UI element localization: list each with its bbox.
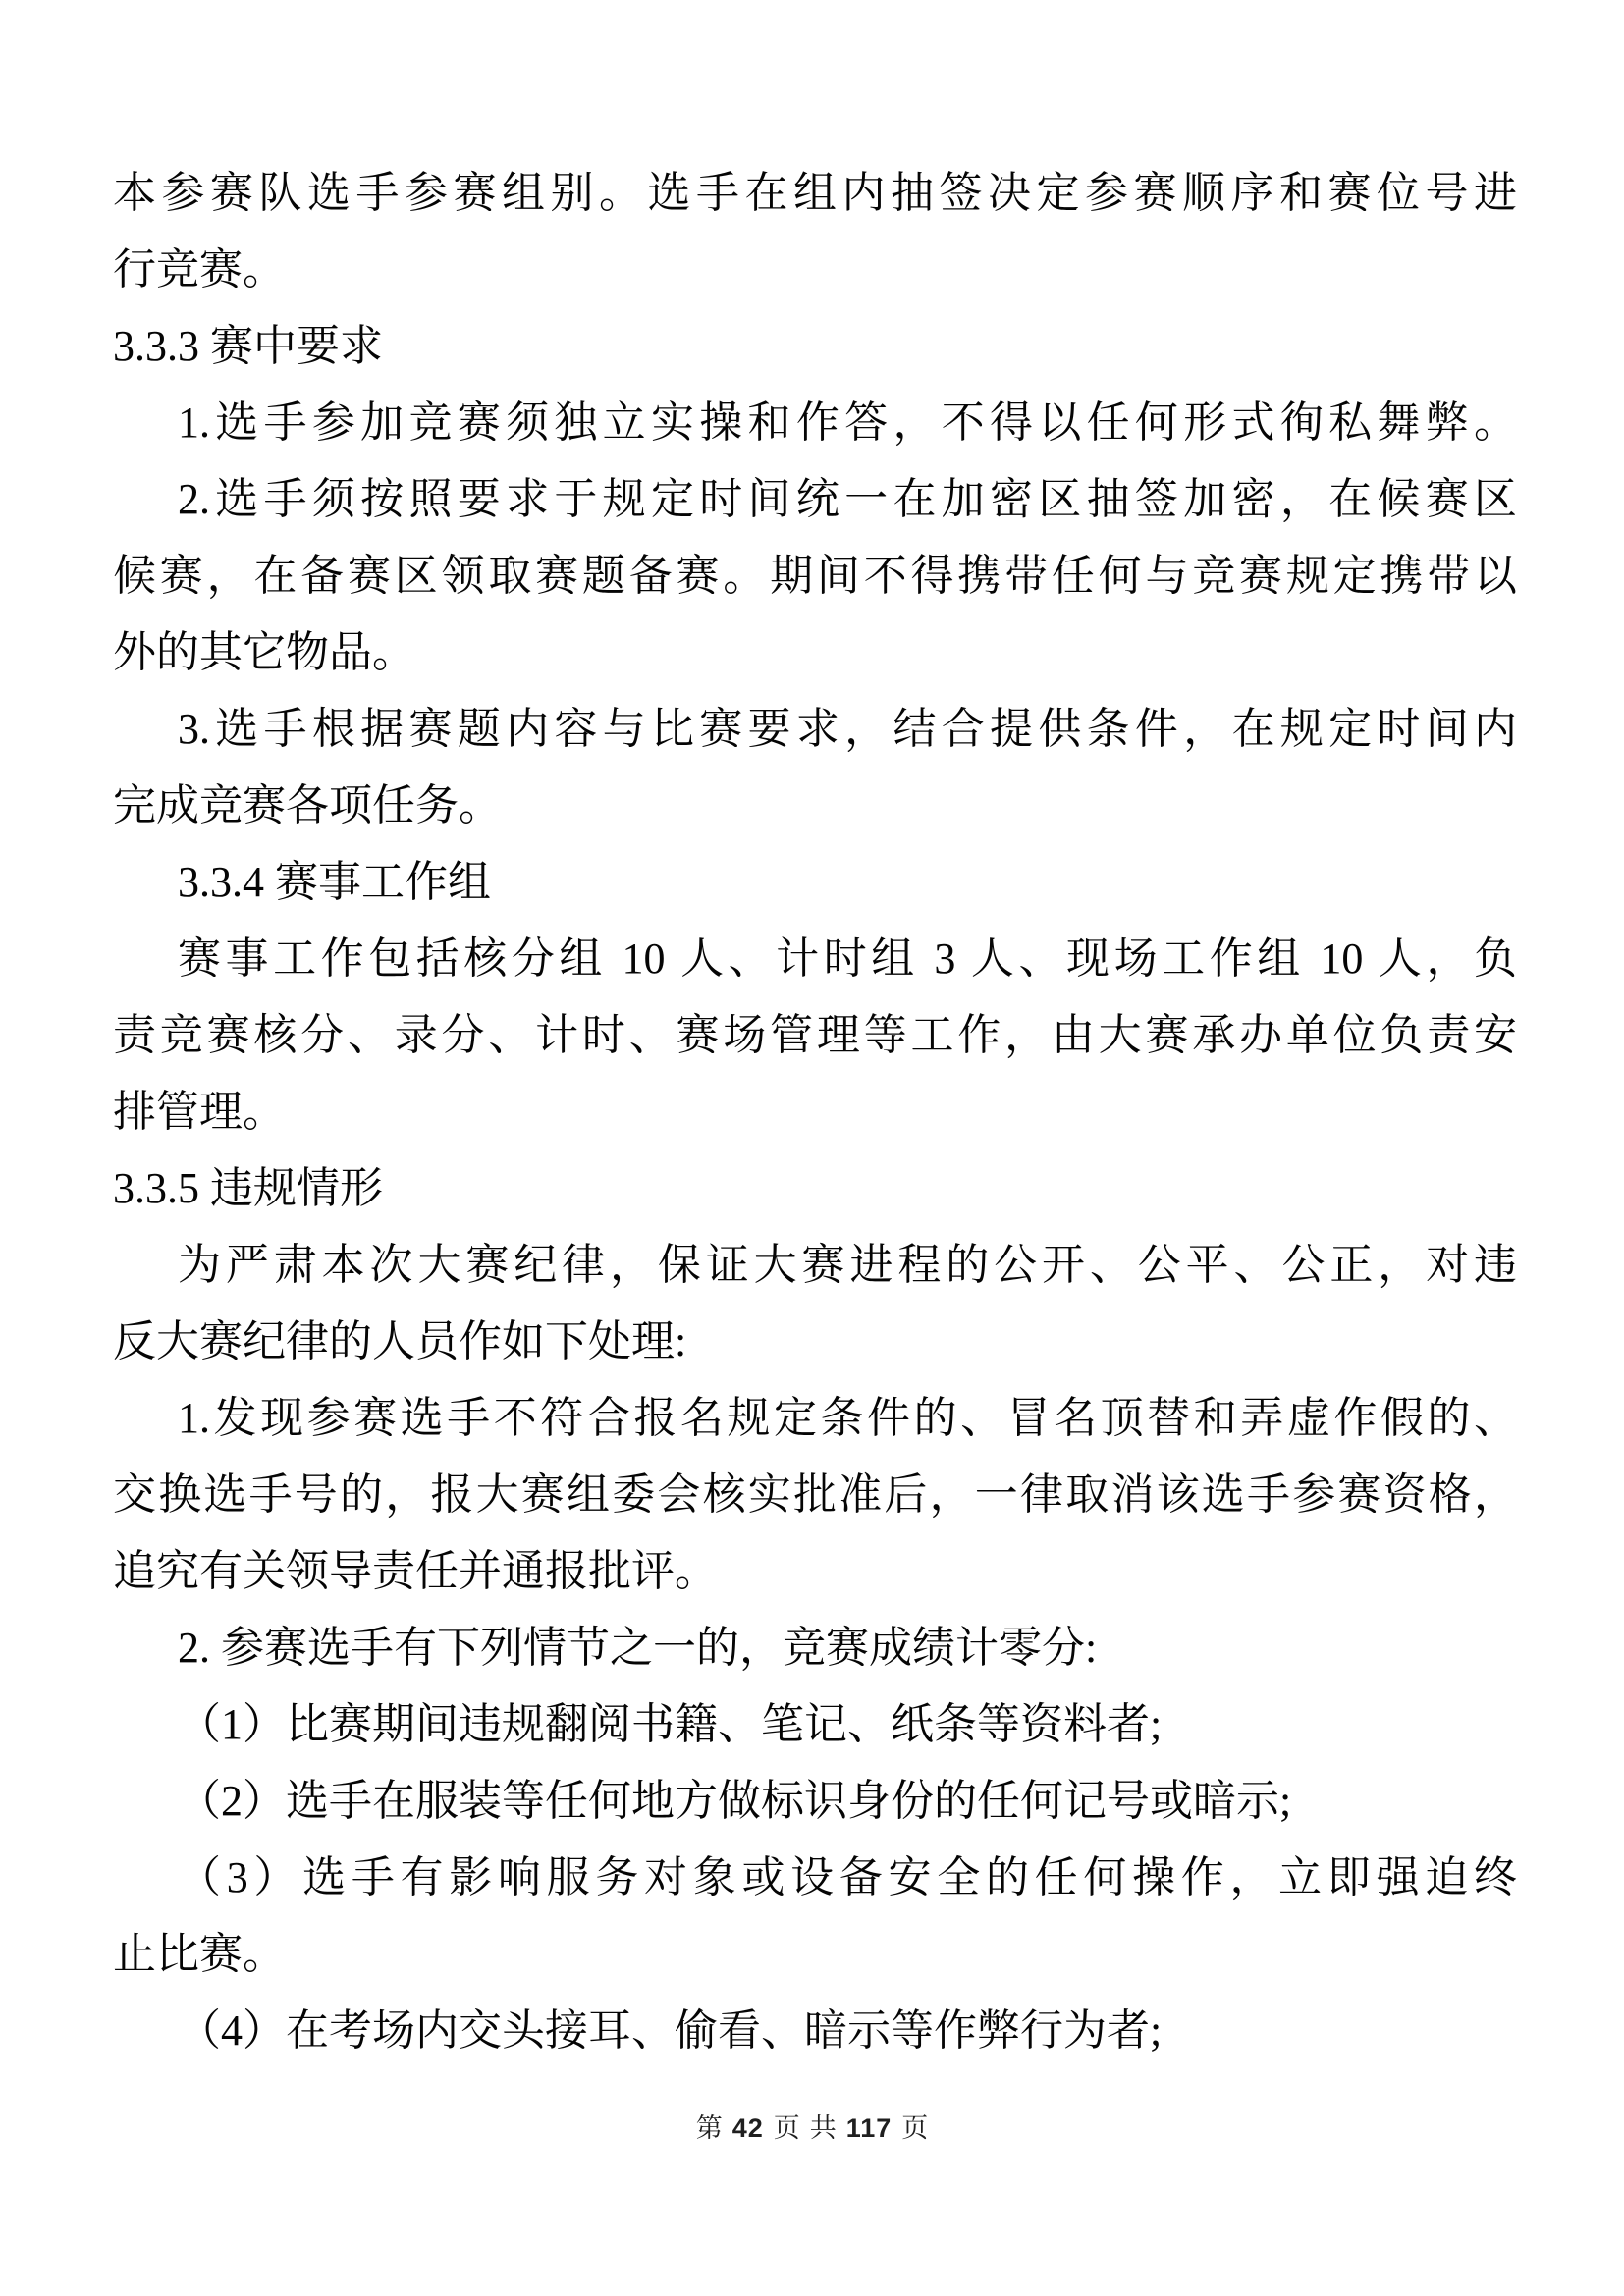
text-line: 止比赛。 [113, 1916, 1517, 1993]
text-line: 2. 参赛选手有下列情节之一的，竞赛成绩计零分: [113, 1610, 1517, 1686]
text-line: 候赛，在备赛区领取赛题备赛。期间不得携带任何与竞赛规定携带以 [113, 538, 1517, 614]
page-footer: 第42页共117页 [0, 2109, 1624, 2148]
text-line: 责竞赛核分、录分、计时、赛场管理等工作，由大赛承办单位负责安 [113, 997, 1517, 1074]
document-page: 本参赛队选手参赛组别。选手在组内抽签决定参赛顺序和赛位号进行竞赛。3.3.3 赛… [0, 0, 1624, 2296]
footer-prefix: 第 [696, 2113, 723, 2143]
text-line: 反大赛纪律的人员作如下处理: [113, 1304, 1517, 1380]
text-line: 赛事工作包括核分组 10 人、计时组 3 人、现场工作组 10 人，负 [113, 921, 1517, 997]
document-body: 本参赛队选手参赛组别。选手在组内抽签决定参赛顺序和赛位号进行竞赛。3.3.3 赛… [113, 155, 1517, 2069]
text-line: 行竞赛。 [113, 232, 1517, 308]
text-line: （2）选手在服装等任何地方做标识身份的任何记号或暗示; [113, 1763, 1517, 1840]
text-line: 2.选手须按照要求于规定时间统一在加密区抽签加密，在候赛区 [113, 461, 1517, 538]
footer-suffix: 页 [901, 2113, 928, 2143]
text-line: 3.3.4 赛事工作组 [113, 844, 1517, 921]
text-line: 完成竞赛各项任务。 [113, 768, 1517, 844]
text-line: 交换选手号的，报大赛组委会核实批准后，一律取消该选手参赛资格， [113, 1457, 1517, 1533]
text-line: （3）选手有影响服务对象或设备安全的任何操作，立即强迫终 [113, 1840, 1517, 1916]
text-line: （4）在考场内交头接耳、偷看、暗示等作弊行为者; [113, 1993, 1517, 2069]
footer-page-number: 42 [732, 2113, 764, 2143]
text-line: 外的其它物品。 [113, 614, 1517, 691]
footer-total-pages: 117 [846, 2113, 893, 2143]
text-line: （1）比赛期间违规翻阅书籍、笔记、纸条等资料者; [113, 1686, 1517, 1763]
text-line: 为严肃本次大赛纪律，保证大赛进程的公开、公平、公正，对违 [113, 1227, 1517, 1304]
text-line: 本参赛队选手参赛组别。选手在组内抽签决定参赛顺序和赛位号进 [113, 155, 1517, 232]
footer-total-label: 共 [810, 2113, 837, 2143]
text-line: 1.选手参加竞赛须独立实操和作答，不得以任何形式徇私舞弊。 [113, 385, 1517, 461]
text-line: 1.发现参赛选手不符合报名规定条件的、冒名顶替和弄虚作假的、 [113, 1380, 1517, 1457]
text-line: 排管理。 [113, 1074, 1517, 1150]
text-line: 3.选手根据赛题内容与比赛要求，结合提供条件，在规定时间内 [113, 691, 1517, 768]
text-line: 追究有关领导责任并通报批评。 [113, 1533, 1517, 1610]
text-line: 3.3.3 赛中要求 [113, 308, 1517, 385]
text-line: 3.3.5 违规情形 [113, 1150, 1517, 1227]
footer-page-label: 页 [774, 2113, 800, 2143]
